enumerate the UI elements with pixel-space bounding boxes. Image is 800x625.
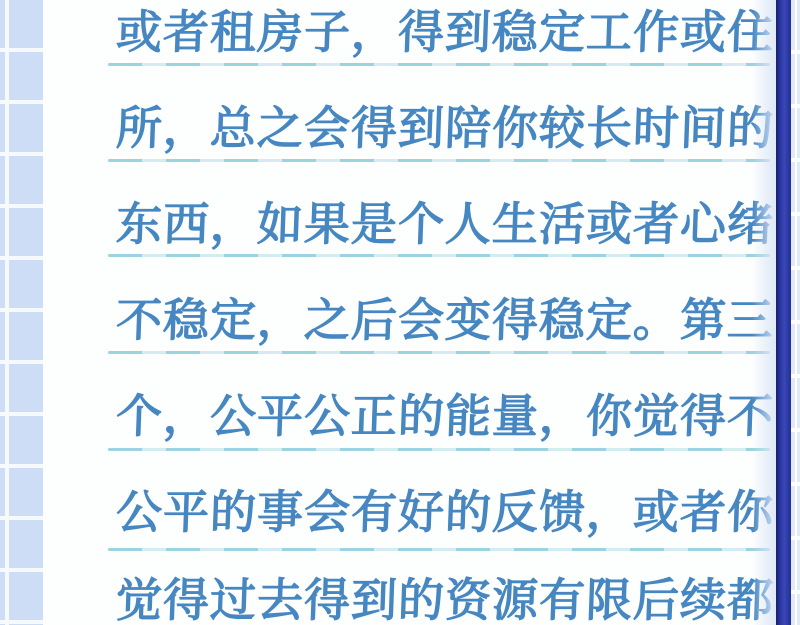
page-edge-strip <box>776 0 791 625</box>
text-line: 不稳定，之后会变得稳定。第三 <box>115 292 781 348</box>
text-line: 或者租房子，得到稳定工作或住 <box>115 4 781 60</box>
notebook-rule <box>108 254 770 257</box>
left-grid-decoration <box>0 0 43 625</box>
text-line: 个，公平公正的能量，你觉得不 <box>115 388 781 444</box>
notebook-rule <box>108 63 770 66</box>
text-line: 觉得过去得到的资源有限后续都 <box>115 572 781 625</box>
page-edge-shading <box>752 0 776 625</box>
notebook-rule <box>108 548 770 551</box>
text-line: 公平的事会有好的反馈，或者你 <box>115 484 781 540</box>
text-line: 所，总之会得到陪你较长时间的 <box>115 100 781 156</box>
page-background: 或者租房子，得到稳定工作或住 所，总之会得到陪你较长时间的 东西，如果是个人生活… <box>0 0 800 625</box>
notebook-rule <box>108 351 770 354</box>
notebook-rule <box>108 448 770 451</box>
right-grid-decoration <box>791 0 800 625</box>
notebook-rule <box>108 159 770 162</box>
text-line: 东西，如果是个人生活或者心绪 <box>115 196 781 252</box>
